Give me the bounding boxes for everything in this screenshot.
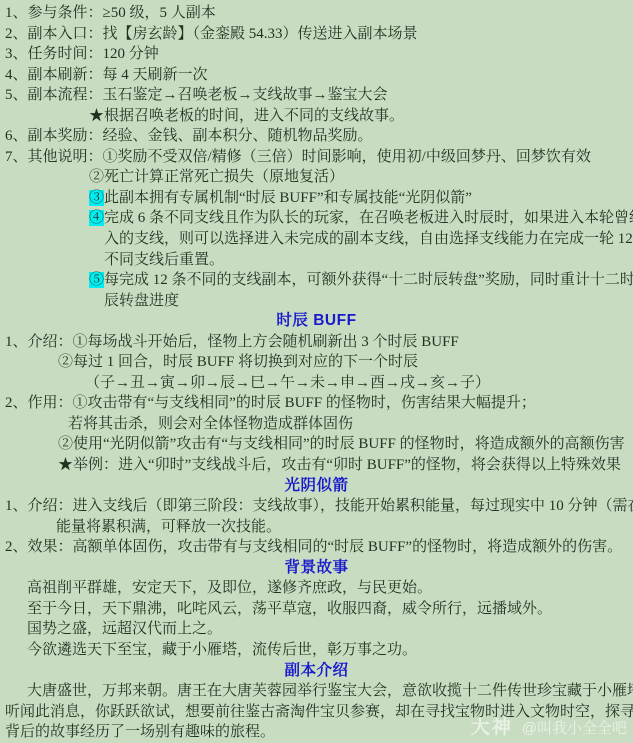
story-line: 国势之盛，远超汉代而上之。 [0,619,633,640]
skill-line: 1、介绍：进入支线后（即第三阶段：支线故事），技能开始累积能量，每过现实中 10… [0,496,633,517]
section-header-shichen-buff: 时辰 BUFF [0,311,633,332]
dungeon-guide-document: 1、参与条件：≥50 级，5 人副本 2、副本入口：找【房玄龄】（金銮殿 54.… [0,0,633,743]
rule-line: 5、副本流程：玉石鉴定→召唤老板→支线故事→鉴宝大会 [0,85,633,106]
rule-wrap-line: 入的支线，则可以选择进入未完成的副本支线，自由选择支线能力在完成一轮 12 条 [0,229,633,250]
rule-line: 3、任务时间：120 分钟 [0,44,633,65]
section-header-background-story: 背景故事 [0,558,633,579]
watermark: 大神@叫我小全全吧 [471,712,627,739]
skill-line: 2、效果：高额单体固伤，攻击带有与支线相同的“时辰 BUFF”的怪物时，将造成额… [0,537,633,558]
rule-line: 6、副本奖励：经验、金钱、副本积分、随机物品奖励。 [0,126,633,147]
buff-subitem-line: ②使用“光阴似箭”攻击有“与支线相同”的时辰 BUFF 的怪物时，将造成额外的高… [0,434,633,455]
rule-subitem-text: 此副本拥有专属机制“时辰 BUFF”和专属技能“光阴似箭” [104,190,472,206]
rule-subitem-text: 每完成 12 条不同的支线副本，可额外获得“十二时辰转盘”奖励，同时重计十二时 [104,272,633,288]
rule-line: 1、参与条件：≥50 级，5 人副本 [0,3,633,24]
rule-subitem-line: ④完成 6 条不同支线且作为队长的玩家，在召唤老板进入时辰时，如果进入本轮曾经进 [0,208,633,229]
watermark-handle: @叫我小全全吧 [522,720,627,737]
zodiac-sequence-line: （子→丑→寅→卯→辰→巳→午→未→申→酉→戌→亥→子） [0,373,633,394]
rule-subitem-line: ⑤每完成 12 条不同的支线副本，可额外获得“十二时辰转盘”奖励，同时重计十二时 [0,270,633,291]
section-header-guangyin: 光阴似箭 [0,476,633,497]
rule-line: 7、其他说明：①奖励不受双倍/精修（三倍）时间影响，使用初/中级回梦丹、回梦饮有… [0,147,633,168]
rule-wrap-line: 辰转盘进度 [0,291,633,312]
section-header-intro: 副本介绍 [0,661,633,682]
intro-line: 大唐盛世，万邦来朝。唐王在大唐芙蓉园举行鉴宝大会，意欲收揽十二件传世珍宝藏于小雁… [0,681,633,702]
rule-note-line: ★根据召唤老板的时间，进入不同的支线故事。 [0,106,633,127]
watermark-brand: 大神 [471,717,513,738]
story-line: 至于今日，天下鼎沸，叱咤风云，荡平草寇，收服四裔，威令所行，远播域外。 [0,599,633,620]
highlighted-marker: ③ [89,190,104,206]
buff-line: 1、介绍：①每场战斗开始后，怪物上方会随机刷新出 3 个时辰 BUFF [0,332,633,353]
rule-wrap-line: 不同支线后重置。 [0,250,633,271]
highlighted-marker: ⑤ [89,272,104,288]
rule-subitem-line: ②死亡计算正常死亡损失（原地复活） [0,167,633,188]
buff-subitem-line: ②每过 1 回合，时辰 BUFF 将切换到对应的下一个时辰 [0,352,633,373]
rule-subitem-text: 完成 6 条不同支线且作为队长的玩家，在召唤老板进入时辰时，如果进入本轮曾经进 [104,210,633,226]
buff-example-line: ★举例：进入“卯时”支线战斗后，攻击有“卯时 BUFF”的怪物，将会获得以上特殊… [0,455,633,476]
skill-wrap-line: 能量将累积满，可释放一次技能。 [0,517,633,538]
highlighted-marker: ④ [89,210,104,226]
rule-subitem-line: ③此副本拥有专属机制“时辰 BUFF”和专属技能“光阴似箭” [0,188,633,209]
story-line: 高祖削平群雄，安定天下，及即位，遂修齐庶政，与民更始。 [0,578,633,599]
buff-line: 2、作用：①攻击带有“与支线相同”的时辰 BUFF 的怪物时，伤害结果大幅提升； [0,393,633,414]
buff-wrap-line: 若将其击杀，则会对全体怪物造成群体固伤 [0,414,633,435]
story-line: 今欲遴选天下至宝，藏于小雁塔，流传后世，彰万事之功。 [0,640,633,661]
rule-line: 4、副本刷新：每 4 天刷新一次 [0,65,633,86]
rule-line: 2、副本入口：找【房玄龄】（金銮殿 54.33）传送进入副本场景 [0,24,633,45]
